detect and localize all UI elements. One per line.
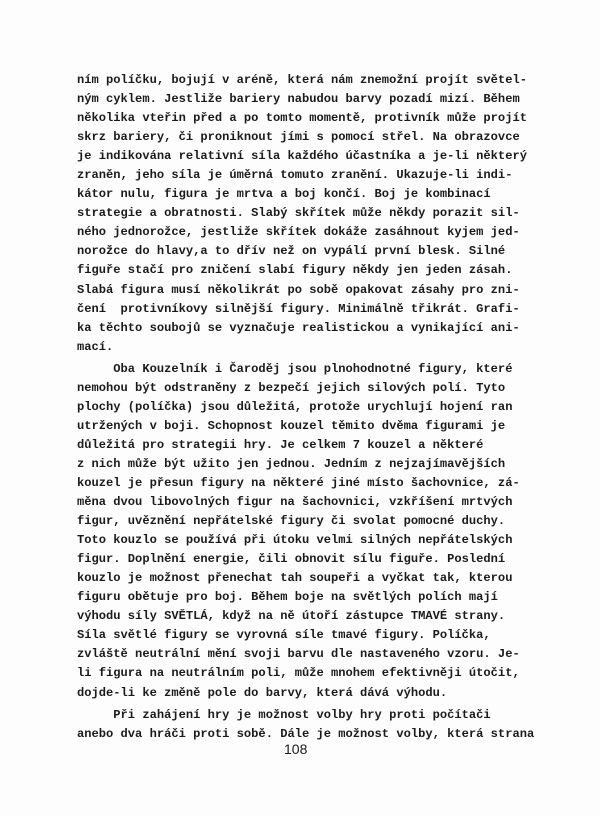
text-line: utržených v boji. Schopnost kouzel těmit… [77,417,547,436]
text-line: Při zahájení hry je možnost volby hry pr… [77,706,547,725]
text-line: plochy (políčka) jsou důležitá, protože … [77,398,547,417]
text-line: skrz bariery, či proniknout jími s pomoc… [77,128,547,147]
text-line: anebo dva hráči proti sobě. Dále je možn… [77,725,547,744]
text-line: figuře stačí pro zničení slabí figury ně… [77,261,547,280]
text-line: Slabá figura musí několikrát po sobě opa… [77,281,547,300]
document-page: ním políčku, bojují v aréně, která nám z… [0,0,600,817]
body-text: ním políčku, bojují v aréně, která nám z… [77,71,547,744]
text-line: ka těchto soubojů se vyznačuje realistic… [77,319,547,338]
text-line: nemohou být odstraněny z bezpečí jejich … [77,379,547,398]
text-line: zvláště neutrální mění svoji barvu dle n… [77,645,547,664]
text-line: li figura na neutrálním poli, může mnohe… [77,664,547,683]
text-line: kouzlo je možnost přenechat tah soupeři … [77,569,547,588]
paragraph: ním políčku, bojují v aréně, která nám z… [77,71,547,357]
text-line: několika vteřin před a po tomto momentě,… [77,109,547,128]
text-line: figur. Doplnění energie, čili obnovit sí… [77,550,547,569]
text-line: kouzel je přesun figury na některé jiné … [77,474,547,493]
text-line: Oba Kouzelník i Čaroděj jsou plnohodnotn… [77,360,547,379]
text-line: ním políčku, bojují v aréně, která nám z… [77,71,547,90]
text-line: dojde-li ke změně pole do barvy, která d… [77,684,547,703]
paragraph: Oba Kouzelník i Čaroděj jsou plnohodnotn… [77,360,547,703]
text-line: čení protivníkovy silnější figury. Minim… [77,300,547,319]
page-number: 108 [284,741,307,757]
text-line: Síla světlé figury se vyrovná síle tmavé… [77,626,547,645]
text-line: figur, uvěznění nepřátelské figury či sv… [77,512,547,531]
text-line: ným cyklem. Jestliže bariery nabudou bar… [77,90,547,109]
text-line: kátor nulu, figura je mrtva a boj končí.… [77,185,547,204]
paragraph: Při zahájení hry je možnost volby hry pr… [77,706,547,744]
text-line: mací. [77,338,547,357]
text-line: měna dvou libovolných figur na šachovnic… [77,493,547,512]
text-line: výhodu síly SVĚTLÁ, když na ně útoří zás… [77,607,547,626]
text-line: je indikována relativní síla každého úča… [77,147,547,166]
text-line: zraněn, jeho síla je úměrná tomuto zraně… [77,166,547,185]
text-line: strategie a obratnosti. Slabý skřítek mů… [77,204,547,223]
text-line: norožce do hlavy,a to dřív než on vypálí… [77,242,547,261]
text-line: z nich může být užito jen jednou. Jedním… [77,455,547,474]
text-line: Toto kouzlo se používá při útoku velmi s… [77,531,547,550]
text-line: figuru obětuje pro boj. Během boje na sv… [77,588,547,607]
text-line: důležitá pro strategii hry. Je celkem 7 … [77,436,547,455]
text-line: ného jednorožce, jestliže skřítek dokáže… [77,223,547,242]
